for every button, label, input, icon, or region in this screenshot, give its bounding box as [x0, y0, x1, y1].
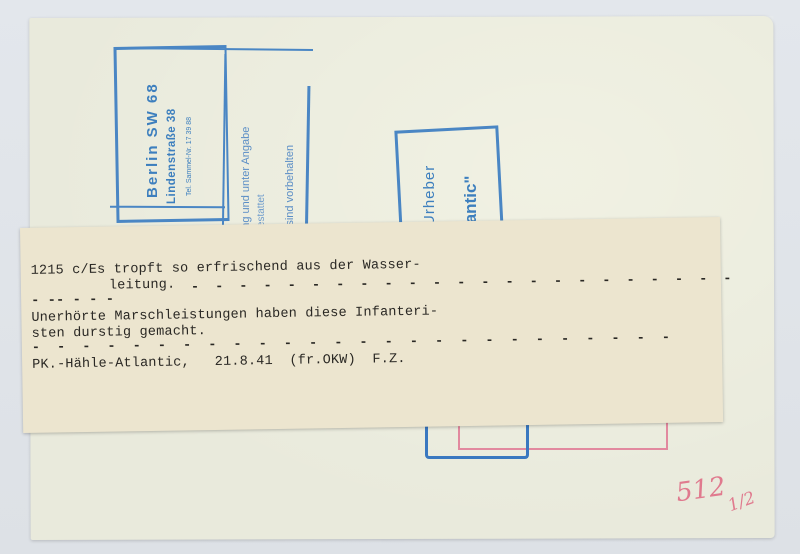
stamp-urheber-text: Urheber: [421, 165, 438, 226]
copyright-stamp: Urheber lantic": [397, 128, 501, 232]
stamp-phone: Tel. Sammel-Nr. 17 39 88: [186, 117, 193, 196]
caption-line-1: 1215 c/Es tropft so erfrischend aus der …: [31, 258, 421, 279]
caption-dash-1: - -- - - -: [31, 293, 114, 309]
caption-line-2: leitung.: [109, 278, 176, 294]
stamp-street: Lindenstraße 38: [166, 108, 178, 204]
stamp-frame: [394, 125, 503, 234]
stamp-city: Berlin SW 68: [144, 82, 161, 198]
caption-line-5: PK.-Hähle-Atlantic, 21.8.41 (fr.OKW) F.Z…: [32, 352, 406, 373]
caption-slip: 1215 c/Es tropft so erfrischend aus der …: [20, 217, 723, 433]
caption-dash-tail: - - - - - - - - - - - - - - - - - - - - …: [191, 272, 736, 296]
